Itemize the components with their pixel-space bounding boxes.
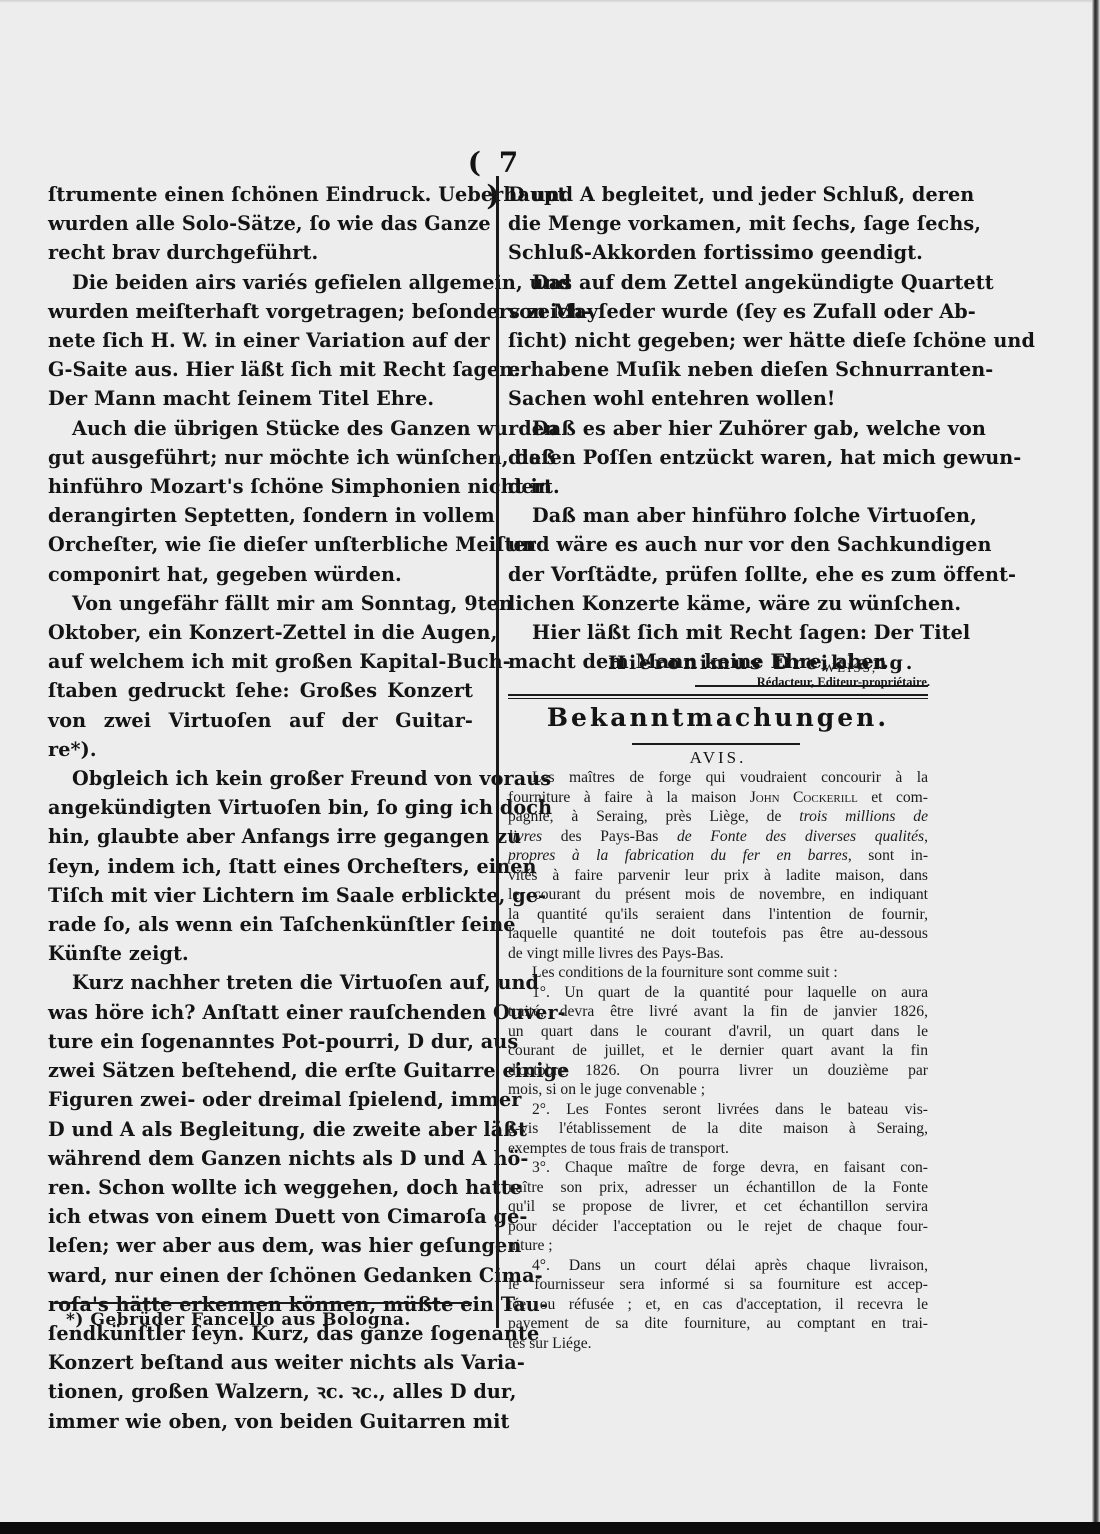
text-line: tionen, großen Walzern, ꝛc. ꝛc., alles D… [48,1377,473,1406]
section-title: Bekanntmachungen. [508,703,928,732]
text-line: lichen Konzerte käme, wäre zu wünſchen. [508,589,928,618]
text-line: hin, glaubte aber Anfangs irre gegangen … [48,822,473,851]
text-line: leſen; wer aber aus dem, was hier geſung… [48,1231,473,1260]
text-line: erhabene Muſik neben dieſen Schnurranten… [508,355,928,384]
avis-line: le fournisseur sera informé si sa fourni… [508,1275,928,1295]
text-line: was höre ich? Anſtatt einer rauſchenden … [48,998,473,1027]
text-line: recht brav durchgeführt. [48,238,473,267]
column-divider [496,176,499,1328]
text-line: die Menge vorkamen, mit ſechs, ſage ſech… [508,209,928,238]
text-line: wurden meiſterhaft vorgetragen; beſonder… [48,297,473,326]
avis-line: un quart dans le courant d'avril, un qua… [508,1022,928,1042]
text-line: ture ein ſogenanntes Pot‐pourri, D dur, … [48,1027,473,1056]
avis-line: traité, devra être livré avant la fin de… [508,1002,928,1022]
paragraph: Das auf dem Zettel angekündigte Quartett… [508,268,928,414]
avis-line: d'octobre 1826. On pourra livrer un douz… [508,1061,928,1081]
avis-paragraph: 4°. Dans un court délai après chaque liv… [508,1256,928,1354]
text-line: G‐Saite aus. Hier läßt ſich mit Recht ſa… [48,355,473,384]
avis-paragraph: 3°. Chaque maître de forge devra, en fai… [508,1158,928,1256]
right-column: D und A begleitet, und jeder Schluß, der… [508,180,928,676]
avis-line: livres des Pays-Bas de Fonte des diverse… [508,827,928,847]
text-line: wurden alle Solo‐Sätze, ſo wie das Ganze [48,209,473,238]
avis-line: 4°. Dans un court délai après chaque liv… [508,1256,928,1276]
text-line: ward, nur einen der ſchönen Gedanken Cim… [48,1261,473,1290]
text-line: immer wie oben, von beiden Guitarren mit [48,1407,473,1436]
text-line: der Vorſtädte, prüfen ſollte, ehe es zum… [508,560,928,589]
text-line: ſeyn, indem ich, ſtatt eines Orcheſters,… [48,852,473,881]
avis-line: propres à la fabrication du fer en barre… [508,846,928,866]
paragraph: Von ungefähr fällt mir am Sonntag, 9tenO… [48,589,473,764]
avis-line: Les maîtres de forge qui voudraient conc… [508,768,928,788]
paragraph: Daß man aber hinführo ſolche Virtuoſen,u… [508,501,928,618]
text-line: Auch die übrigen Stücke des Ganzen wurde… [48,414,473,443]
avis-line: courant de juillet, et le dernier quart … [508,1041,928,1061]
avis-line: pagnie, à Seraing, près Liège, de trois … [508,807,928,827]
paragraph: ſtrumente einen ſchönen Eindruck. Ueberh… [48,180,473,268]
text-line: Künſte zeigt. [48,939,473,968]
footnote: *) Gebrüder Fancello aus Bologna. [66,1310,411,1330]
text-line: Konzert beſtand aus weiter nichts als Va… [48,1348,473,1377]
avis-line: Les conditions de la fourniture sont com… [508,963,928,983]
avis-line: laquelle quantité ne doit toutefois pas … [508,924,928,944]
avis-line: vités à faire parvenir leur prix à ladit… [508,866,928,886]
text-line: Hier läßt ſich mit Recht ſagen: Der Tite… [508,618,928,647]
avis-line: 3°. Chaque maître de forge devra, en fai… [508,1158,928,1178]
text-line: componirt hat, gegeben würden. [48,560,473,589]
text-line: dieſen Poſſen entzückt waren, hat mich g… [508,443,928,472]
page-bottom-edge [0,1522,1100,1534]
text-line: ſtaben gedruckt ſehe: Großes Konzert [48,676,473,705]
text-line: von Mayſeder wurde (ſey es Zufall oder A… [508,297,928,326]
text-line: Der Mann macht ſeinem Titel Ehre. [48,384,473,413]
avis-line: qu'il se propose de livrer, et cet échan… [508,1197,928,1217]
text-line: auf welchem ich mit großen Kapital‐Buch‐ [48,647,473,676]
text-line: Obgleich ich kein großer Freund von vora… [48,764,473,793]
text-line: derangirten Septetten, ſondern in vollem [48,501,473,530]
avis-line: exemptes de tous frais de transport. [508,1139,928,1159]
text-line: Die beiden airs variés gefielen allgemei… [48,268,473,297]
text-line: Schluß‐Akkorden fortissimo geendigt. [508,238,928,267]
paragraph: Kurz nachher treten die Virtuoſen auf, u… [48,968,473,1435]
avis-line: le courant du présent mois de novembre, … [508,885,928,905]
text-line: ren. Schon wollte ich weggehen, doch hat… [48,1173,473,1202]
text-line: Figuren zwei‐ oder dreimal ſpielend, imm… [48,1085,473,1114]
avis-line: naître son prix, adresser un échantillon… [508,1178,928,1198]
left-column: ſtrumente einen ſchönen Eindruck. Ueberh… [48,180,473,1436]
text-line: hinführo Mozart's ſchöne Simphonien nich… [48,472,473,501]
text-line: angekündigten Virtuoſen bin, ſo ging ich… [48,793,473,822]
text-line: rade ſo, als wenn ein Taſchenkünſtler ſe… [48,910,473,939]
avis-heading: AVIS. [508,748,928,768]
text-line: Oktober, ein Konzert‐Zettel in die Augen… [48,618,473,647]
text-line: Sachen wohl entehren wollen! [508,384,928,413]
text-line: D und A begleitet, und jeder Schluß, der… [508,180,928,209]
text-line: und wäre es auch nur vor den Sachkundige… [508,530,928,559]
avis-line: fourniture à faire à la maison John Cock… [508,788,928,808]
avis-line: pour décider l'acceptation ou le rejet d… [508,1217,928,1237]
avis-line: 1°. Un quart de la quantité pour laquell… [508,983,928,1003]
text-line: während dem Ganzen nichts als D und A hö… [48,1144,473,1173]
avis-line: à-vis l'établissement de la dite maison … [508,1119,928,1139]
text-line: Daß man aber hinführo ſolche Virtuoſen, [508,501,928,530]
avis-paragraph: Les conditions de la fourniture sont com… [508,963,928,983]
paragraph: Daß es aber hier Zuhörer gab, welche von… [508,414,928,502]
text-line: zwei Sätzen beſtehend, die erſte Guitarr… [48,1056,473,1085]
text-line: gut ausgeführt; nur möchte ich wünſchen,… [48,443,473,472]
text-line: ſicht) nicht gegeben; wer hätte dieſe ſc… [508,326,928,355]
text-line: nete ſich H. W. in einer Variation auf d… [48,326,473,355]
text-line: Kurz nachher treten die Virtuoſen auf, u… [48,968,473,997]
avis-line: tes sur Liége. [508,1334,928,1354]
avis-line: niture ; [508,1236,928,1256]
avis-line: de vingt mille livres des Pays-Bas. [508,944,928,964]
title-rule [632,743,800,745]
avis-line: la quantité qu'ils seraient dans l'inten… [508,905,928,925]
editor-role: Rédacteur, Editeur-propriétaire. [720,675,930,690]
avis-line: 2°. Les Fontes seront livrées dans le ba… [508,1100,928,1120]
text-line: ich etwas von einem Duett von Cimaroſa g… [48,1202,473,1231]
text-line: Tiſch mit vier Lichtern im Saale erblick… [48,881,473,910]
paragraph: Obgleich ich kein großer Freund von vora… [48,764,473,968]
text-line: von zwei Virtuoſen auf der Guitar‐ [48,706,473,735]
text-line: Von ungefähr fällt mir am Sonntag, 9ten [48,589,473,618]
paragraph: Die beiden airs variés gefielen allgemei… [48,268,473,414]
editor-name: WEISS, [780,660,920,676]
footnote-rule [54,1302,472,1304]
text-line: ſtrumente einen ſchönen Eindruck. Ueberh… [48,180,473,209]
text-line: dert. [508,472,928,501]
avis-line: mois, si on le juge convenable ; [508,1080,928,1100]
page-top-edge [0,0,1094,3]
section-double-rule [508,694,928,699]
paragraph: Auch die übrigen Stücke des Ganzen wurde… [48,414,473,589]
text-line: Das auf dem Zettel angekündigte Quartett [508,268,928,297]
avis-paragraph: 2°. Les Fontes seront livrées dans le ba… [508,1100,928,1159]
avis-body: Les maîtres de forge qui voudraient conc… [508,768,928,1353]
avis-line: tée ou réfusée ; et, en cas d'acceptatio… [508,1295,928,1315]
paragraph: D und A begleitet, und jeder Schluß, der… [508,180,928,268]
avis-paragraph: Les maîtres de forge qui voudraient conc… [508,768,928,963]
avis-paragraph: 1°. Un quart de la quantité pour laquell… [508,983,928,1100]
text-line: re*). [48,735,473,764]
page-right-edge [1092,0,1100,1534]
text-line: Orcheſter, wie ſie dieſer unſterbliche M… [48,530,473,559]
avis-line: payement de sa dite fourniture, au compt… [508,1314,928,1334]
text-line: Daß es aber hier Zuhörer gab, welche von [508,414,928,443]
text-line: D und A als Begleitung, die zweite aber … [48,1115,473,1144]
